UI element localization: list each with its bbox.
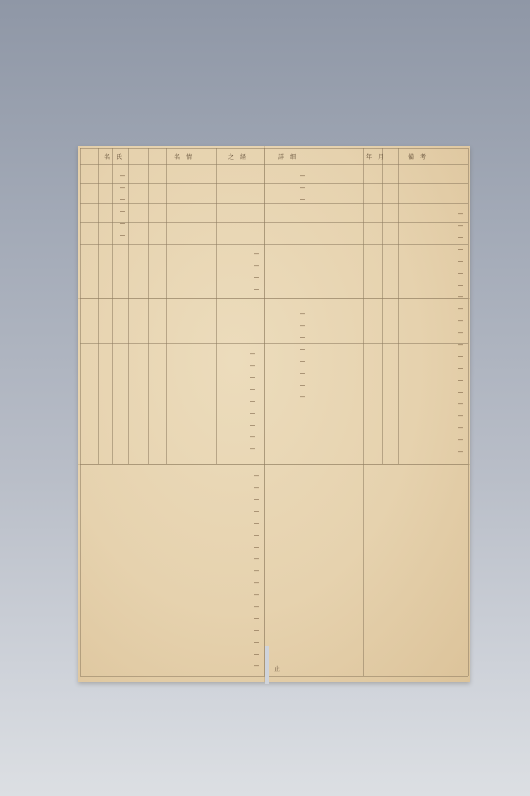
handwriting-block: 𝍠𝍠𝍠𝍠𝍠𝍠𝍠𝍠𝍠𝍠𝍠𝍠 [268, 168, 308, 208]
handwriting-block: 𝍠𝍠𝍠𝍠𝍠𝍠𝍠𝍠𝍠𝍠𝍠𝍠𝍠𝍠𝍠𝍠𝍠 [268, 306, 308, 406]
handwriting-block: 𝍠𝍠𝍠𝍠𝍠𝍠𝍠𝍠𝍠𝍠𝍠𝍠𝍠𝍠𝍠 [82, 168, 128, 238]
handwriting-block: 𝍠𝍠𝍠𝍠𝍠𝍠𝍠𝍠𝍠𝍠𝍠𝍠𝍠𝍠𝍠𝍠𝍠𝍠𝍠𝍠𝍠𝍠𝍠𝍠𝍠𝍠𝍠𝍠𝍠𝍠𝍠𝍠𝍠𝍠𝍠𝍠𝍠𝍠𝍠𝍠… [388, 206, 466, 456]
footer-mark: 止 [274, 664, 280, 673]
header-row: 名氏 [104, 152, 128, 161]
paper-tear [265, 646, 269, 684]
document-sheet: 名氏 名情 之経 詳细 年月 備考 𝍠𝍠𝍠𝍠𝍠𝍠𝍠𝍠𝍠𝍠𝍠𝍠𝍠𝍠𝍠 𝍠𝍠𝍠𝍠𝍠𝍠… [78, 146, 470, 682]
handwriting-block: 𝍠𝍠𝍠𝍠𝍠𝍠𝍠𝍠𝍠𝍠𝍠𝍠𝍠𝍠𝍠𝍠𝍠𝍠𝍠𝍠𝍠𝍠𝍠𝍠𝍠𝍠𝍠𝍠𝍠𝍠𝍠𝍠𝍠𝍠𝍠𝍠𝍠𝍠𝍠𝍠… [82, 246, 262, 296]
handwriting-block: 𝍠𝍠𝍠𝍠𝍠𝍠𝍠𝍠𝍠𝍠𝍠𝍠𝍠𝍠𝍠𝍠𝍠𝍠𝍠𝍠𝍠𝍠𝍠𝍠𝍠𝍠𝍠 [168, 346, 258, 456]
handwriting-block: 𝍠𝍠𝍠𝍠𝍠𝍠𝍠𝍠𝍠𝍠𝍠𝍠𝍠𝍠𝍠𝍠𝍠𝍠𝍠𝍠𝍠𝍠𝍠𝍠𝍠𝍠𝍠𝍠𝍠𝍠𝍠𝍠𝍠𝍠𝍠𝍠𝍠𝍠𝍠𝍠… [84, 468, 262, 672]
